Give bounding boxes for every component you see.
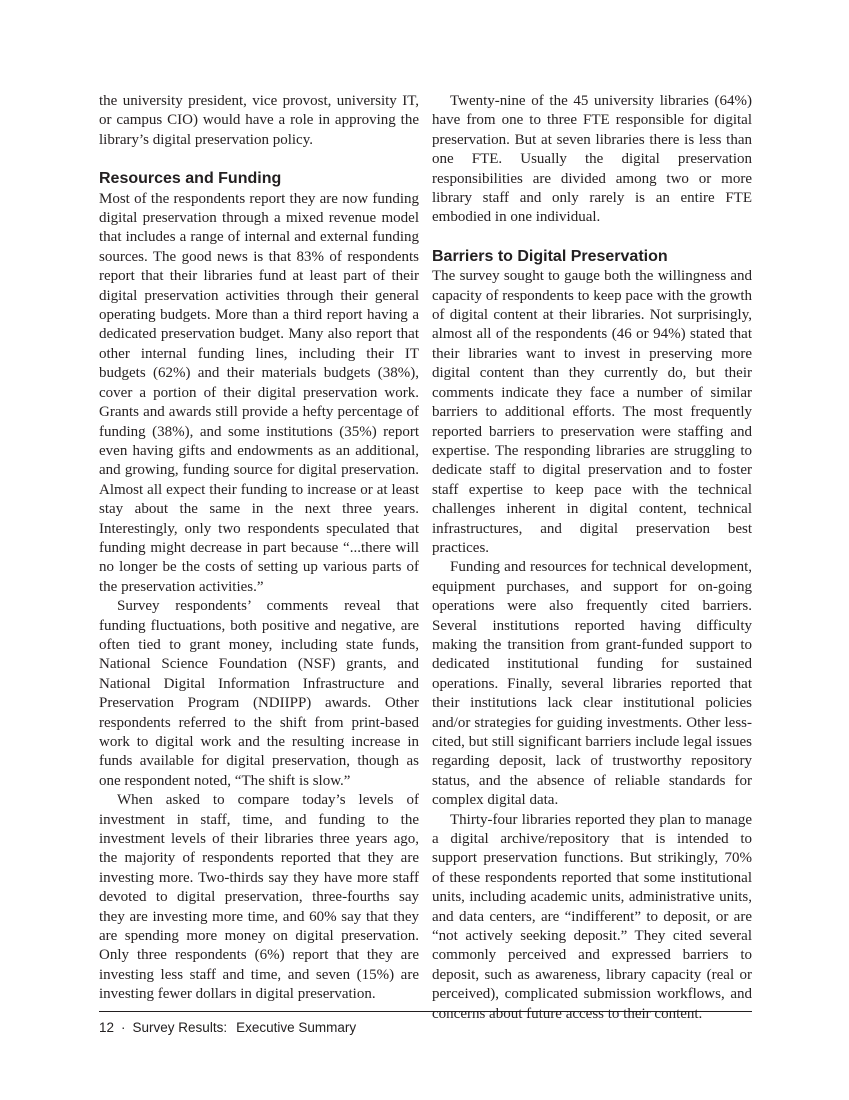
page-number: 12	[99, 1020, 114, 1035]
section-heading-barriers-to-digital-preservation: Barriers to Digital Preservation	[432, 247, 752, 266]
right-column: Twenty-nine of the 45 university librari…	[432, 92, 752, 1024]
footer-section-title: Survey Results:	[133, 1020, 228, 1035]
paragraph: Funding and resources for technical deve…	[432, 558, 752, 810]
footer-text: 12·Survey Results:Executive Summary	[99, 1020, 752, 1035]
paragraph: Thirty-four libraries reported they plan…	[432, 811, 752, 1024]
footer-separator: ·	[121, 1020, 126, 1035]
paragraph: The survey sought to gauge both the will…	[432, 267, 752, 558]
paragraph: When asked to compare today’s levels of …	[99, 791, 419, 1004]
paragraph-continuation: the university president, vice provost, …	[99, 92, 419, 150]
paragraph: Survey respondents’ comments reveal that…	[99, 597, 419, 791]
page-footer: 12·Survey Results:Executive Summary	[99, 1011, 752, 1035]
footer-rule	[99, 1011, 752, 1012]
section-heading-resources-and-funding: Resources and Funding	[99, 169, 419, 188]
paragraph: Twenty-nine of the 45 university librari…	[432, 92, 752, 228]
paragraph: Most of the respondents report they are …	[99, 190, 419, 598]
two-column-text-body: the university president, vice provost, …	[99, 92, 752, 1024]
document-page: the university president, vice provost, …	[0, 0, 849, 1100]
footer-subsection-title: Executive Summary	[236, 1020, 356, 1035]
left-column: the university president, vice provost, …	[99, 92, 419, 1024]
